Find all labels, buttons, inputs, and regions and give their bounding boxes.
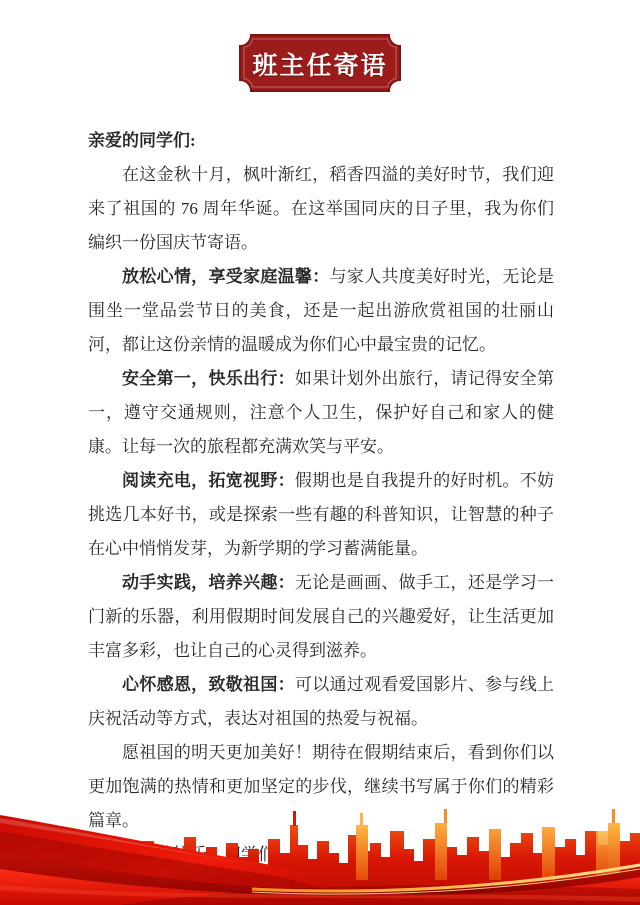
footer-decoration [0,785,640,905]
footer-decoration-graphic [0,785,640,905]
letter-body: 亲爱的同学们: 在这金秋十月，枫叶渐红，稻香四溢的美好时节，我们迎来了祖国的 7… [88,124,554,872]
antenna-spire-icon [293,811,296,826]
paragraph-lead: 心怀感恩，致敬祖国： [122,675,295,694]
message-paragraph: 安全第一，快乐出行：如果计划外出旅行，请记得安全第一，遵守交通规则，注意个人卫生… [88,362,554,464]
paragraph-text: 在这金秋十月，枫叶渐红，稻香四溢的美好时节，我们迎来了祖国的 76 周年华诞。在… [88,165,554,252]
antenna-spire-icon [612,809,615,824]
greeting: 亲爱的同学们: [88,124,554,158]
orange-tower-graphic [489,829,501,880]
message-paragraph: 阅读充电，拓宽视野：假期也是自我提升的好时机。不妨挑选几本好书，或是探索一些有趣… [88,464,554,566]
paragraph-lead: 动手实践，培养兴趣： [122,573,295,592]
message-paragraph: 放松心情，享受家庭温馨：与家人共度美好时光，无论是围坐一堂品尝节日的美食，还是一… [88,260,554,362]
orange-tower-graphic [542,827,555,880]
orange-tower-graphic [435,823,447,880]
antenna-spire-icon [444,809,447,824]
page-title: 班主任寄语 [238,33,402,93]
paragraph-lead: 安全第一，快乐出行： [122,369,295,388]
header-banner: 班主任寄语 [238,33,402,93]
paragraph-lead: 阅读充电，拓宽视野： [122,471,295,490]
paragraph-lead: 放松心情，享受家庭温馨： [122,267,330,286]
message-paragraph: 心怀感恩，致敬祖国：可以通过观看爱国影片、参与线上庆祝活动等方式，表达对祖国的热… [88,668,554,736]
orange-tower-graphic [356,825,368,880]
message-paragraph: 在这金秋十月，枫叶渐红，稻香四溢的美好时节，我们迎来了祖国的 76 周年华诞。在… [88,158,554,260]
message-paragraph: 动手实践，培养兴趣：无论是画画、做手工，还是学习一门新的乐器，利用假期时间发展自… [88,566,554,668]
antenna-spire-icon [360,813,363,826]
page: 班主任寄语 亲爱的同学们: 在这金秋十月，枫叶渐红，稻香四溢的美好时节，我们迎来… [0,0,640,905]
